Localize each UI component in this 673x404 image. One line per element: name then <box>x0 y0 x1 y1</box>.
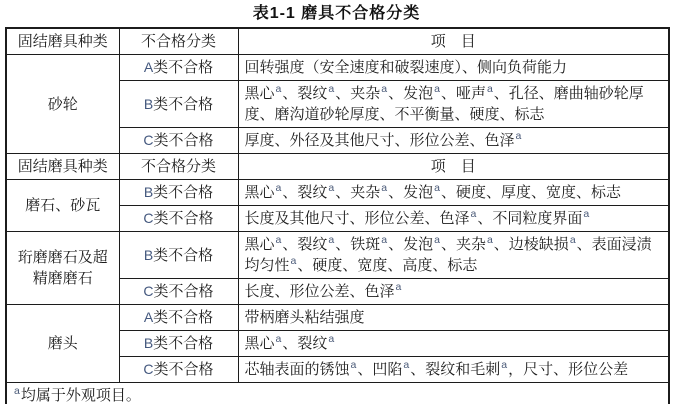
items-cell: 厚度、外径及其他尺寸、形位公差、色泽a <box>238 128 669 154</box>
items-cell: 回转强度（安全速度和破裂速度）、侧向负荷能力 <box>238 55 669 81</box>
items-cell: 长度、形位公差、色泽a <box>238 279 669 305</box>
class-cell: B类不合格 <box>119 180 238 206</box>
header-cell-1: 不合格分类 <box>119 154 238 180</box>
class-cell: A类不合格 <box>119 305 238 331</box>
page: 表1-1 磨具不合格分类 固结磨具种类不合格分类项 目砂轮A类不合格回转强度（安… <box>0 0 673 404</box>
footnote-marker-a: a <box>433 234 441 246</box>
class-cell: C类不合格 <box>119 128 238 154</box>
items-cell: 带柄磨头粘结强度 <box>238 305 669 331</box>
footnote-marker-a: a <box>433 83 441 95</box>
category-cell: 珩磨磨石及超精磨磨石 <box>6 232 119 305</box>
footnote-marker-a: a <box>275 333 283 345</box>
header-row: 固结磨具种类不合格分类项 目 <box>6 154 669 180</box>
header-cell-2: 项 目 <box>238 154 669 180</box>
class-letter: C <box>143 210 153 226</box>
header-cell-0: 固结磨具种类 <box>6 154 119 180</box>
footnote-marker-a: a <box>327 182 335 194</box>
footnote-marker-a: a <box>380 83 388 95</box>
footnote-marker-a: a <box>13 385 21 397</box>
class-cell: C类不合格 <box>119 206 238 232</box>
footnote-marker-a: a <box>402 359 410 371</box>
footnote-marker-a: a <box>470 208 478 220</box>
footnote-marker-a: a <box>275 182 283 194</box>
header-cell-1: 不合格分类 <box>119 28 238 55</box>
class-cell: B类不合格 <box>119 331 238 357</box>
class-letter: B <box>144 335 153 351</box>
table-body: 固结磨具种类不合格分类项 目砂轮A类不合格回转强度（安全速度和破裂速度）、侧向负… <box>6 28 669 404</box>
items-cell: 黑心a、裂纹a、夹杂a、发泡a、哑声a、孔径、磨曲轴砂轮厚度、磨沟道砂轮厚度、不… <box>238 81 669 128</box>
footnote-marker-a: a <box>515 130 523 142</box>
data-row: 磨石、砂瓦B类不合格黑心a、裂纹a、夹杂a、发泡a、硬度、厚度、宽度、标志 <box>6 180 669 206</box>
footnote-marker-a: a <box>569 234 577 246</box>
category-cell: 磨石、砂瓦 <box>6 180 119 232</box>
table-title: 表1-1 磨具不合格分类 <box>0 4 673 24</box>
footnote-marker-a: a <box>582 208 590 220</box>
header-row: 固结磨具种类不合格分类项 目 <box>6 28 669 55</box>
footnote-marker-a: a <box>500 359 508 371</box>
items-cell: 黑心a、裂纹a <box>238 331 669 357</box>
items-cell: 黑心a、裂纹a、夹杂a、发泡a、硬度、厚度、宽度、标志 <box>238 180 669 206</box>
header-cell-0: 固结磨具种类 <box>6 28 119 55</box>
data-row: 砂轮A类不合格回转强度（安全速度和破裂速度）、侧向负荷能力 <box>6 55 669 81</box>
footnote-marker-a: a <box>433 182 441 194</box>
category-cell: 磨头 <box>6 305 119 383</box>
class-cell: A类不合格 <box>119 55 238 81</box>
items-cell: 芯轴表面的锈蚀a、凹陷a、裂纹和毛刺a，尺寸、形位公差 <box>238 357 669 383</box>
footnote-marker-a: a <box>395 281 403 293</box>
items-cell: 黑心a、裂纹a、铁斑a、发泡a、夹杂a、边棱缺损a、表面浸渍均匀性a、硬度、宽度… <box>238 232 669 279</box>
class-letter: C <box>143 283 153 299</box>
class-letter: B <box>144 247 153 263</box>
footnote-marker-a: a <box>275 83 283 95</box>
class-cell: C类不合格 <box>119 279 238 305</box>
class-letter: B <box>144 96 153 112</box>
nonconforming-classification-table: 固结磨具种类不合格分类项 目砂轮A类不合格回转强度（安全速度和破裂速度）、侧向负… <box>5 27 670 404</box>
items-cell: 长度及其他尺寸、形位公差、色泽a、不同粒度界面a <box>238 206 669 232</box>
footnote-marker-a: a <box>327 234 335 246</box>
footnote-cell: a均属于外观项目。 <box>6 383 669 404</box>
footnote-marker-a: a <box>275 234 283 246</box>
footnote-marker-a: a <box>327 333 335 345</box>
footnote-marker-a: a <box>290 255 298 267</box>
header-cell-2: 项 目 <box>238 28 669 55</box>
class-letter: C <box>143 132 153 148</box>
category-cell: 砂轮 <box>6 55 119 154</box>
class-cell: B类不合格 <box>119 81 238 128</box>
class-cell: C类不合格 <box>119 357 238 383</box>
data-row: 珩磨磨石及超精磨磨石B类不合格黑心a、裂纹a、铁斑a、发泡a、夹杂a、边棱缺损a… <box>6 232 669 279</box>
footnote-row: a均属于外观项目。 <box>6 383 669 404</box>
footnote-marker-a: a <box>486 83 494 95</box>
class-letter: C <box>143 361 153 377</box>
footnote-marker-a: a <box>380 234 388 246</box>
data-row: 磨头A类不合格带柄磨头粘结强度 <box>6 305 669 331</box>
class-cell: B类不合格 <box>119 232 238 279</box>
class-letter: A <box>144 309 153 325</box>
footnote-marker-a: a <box>486 234 494 246</box>
footnote-marker-a: a <box>327 83 335 95</box>
footnote-marker-a: a <box>380 182 388 194</box>
class-letter: A <box>144 59 153 75</box>
class-letter: B <box>144 184 153 200</box>
footnote-marker-a: a <box>350 359 358 371</box>
